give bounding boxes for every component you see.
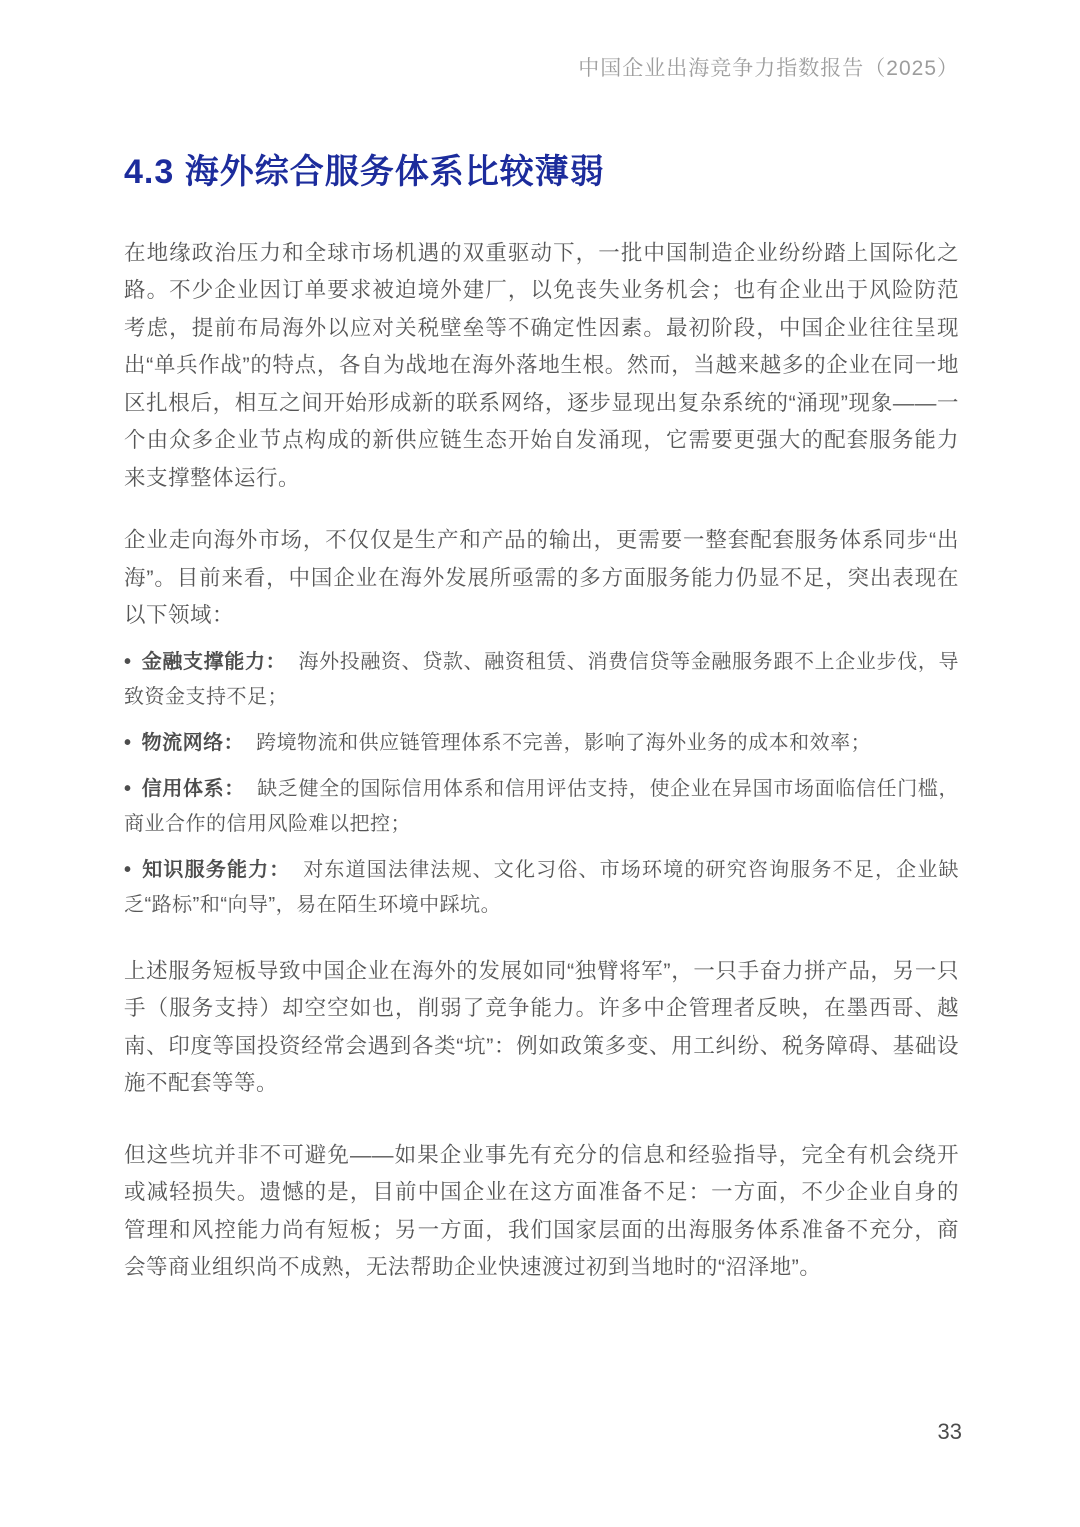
bullet-text: 缺乏健全的国际信用体系和信用评估支持，使企业在异国市场面临信任门槛，商业合作的信…: [124, 778, 959, 835]
page-number: 33: [938, 1419, 962, 1445]
bullet-label: 金融支撑能力：: [142, 651, 287, 673]
bullet-label: 知识服务能力：: [142, 859, 290, 881]
bullet-icon: •: [124, 732, 132, 754]
bullet-icon: •: [124, 778, 132, 800]
section-title: 4.3 海外综合服务体系比较薄弱: [124, 152, 959, 193]
list-item-logistics: • 物流网络： 跨境物流和供应链管理体系不完善，影响了海外业务的成本和效率；: [124, 726, 959, 761]
list-item-knowledge: • 知识服务能力： 对东道国法律法规、文化习俗、市场环境的研究咨询服务不足，企业…: [124, 853, 959, 923]
bullet-icon: •: [124, 651, 132, 673]
paragraph-services-overview: 企业走向海外市场，不仅仅是生产和产品的输出，更需要一整套配套服务体系同步“出海”…: [124, 522, 959, 635]
list-item-finance: • 金融支撑能力： 海外投融资、贷款、融资租赁、消费信贷等金融服务跟不上企业步伐…: [124, 645, 959, 715]
list-item-credit: • 信用体系： 缺乏健全的国际信用体系和信用评估支持，使企业在异国市场面临信任门…: [124, 772, 959, 842]
paragraph-intro: 在地缘政治压力和全球市场机遇的双重驱动下，一批中国制造企业纷纷踏上国际化之路。不…: [124, 235, 959, 498]
bullet-label: 物流网络：: [142, 732, 245, 754]
bullet-icon: •: [124, 859, 132, 881]
bullet-label: 信用体系：: [142, 778, 245, 800]
bullet-text: 跨境物流和供应链管理体系不完善，影响了海外业务的成本和效率；: [256, 732, 871, 754]
service-gap-list: • 金融支撑能力： 海外投融资、贷款、融资租赁、消费信贷等金融服务跟不上企业步伐…: [124, 645, 959, 923]
paragraph-shortcomings: 上述服务短板导致中国企业在海外的发展如同“独臂将军”，一只手奋力拼产品，另一只手…: [124, 953, 959, 1103]
paragraph-conclusion: 但这些坑并非不可避免——如果企业事先有充分的信息和经验指导，完全有机会绕开或减轻…: [124, 1137, 959, 1287]
page-content: 4.3 海外综合服务体系比较薄弱 在地缘政治压力和全球市场机遇的双重驱动下，一批…: [124, 0, 959, 1287]
report-page: 中国企业出海竞争力指数报告（2025） 4.3 海外综合服务体系比较薄弱 在地缘…: [0, 0, 1080, 1527]
